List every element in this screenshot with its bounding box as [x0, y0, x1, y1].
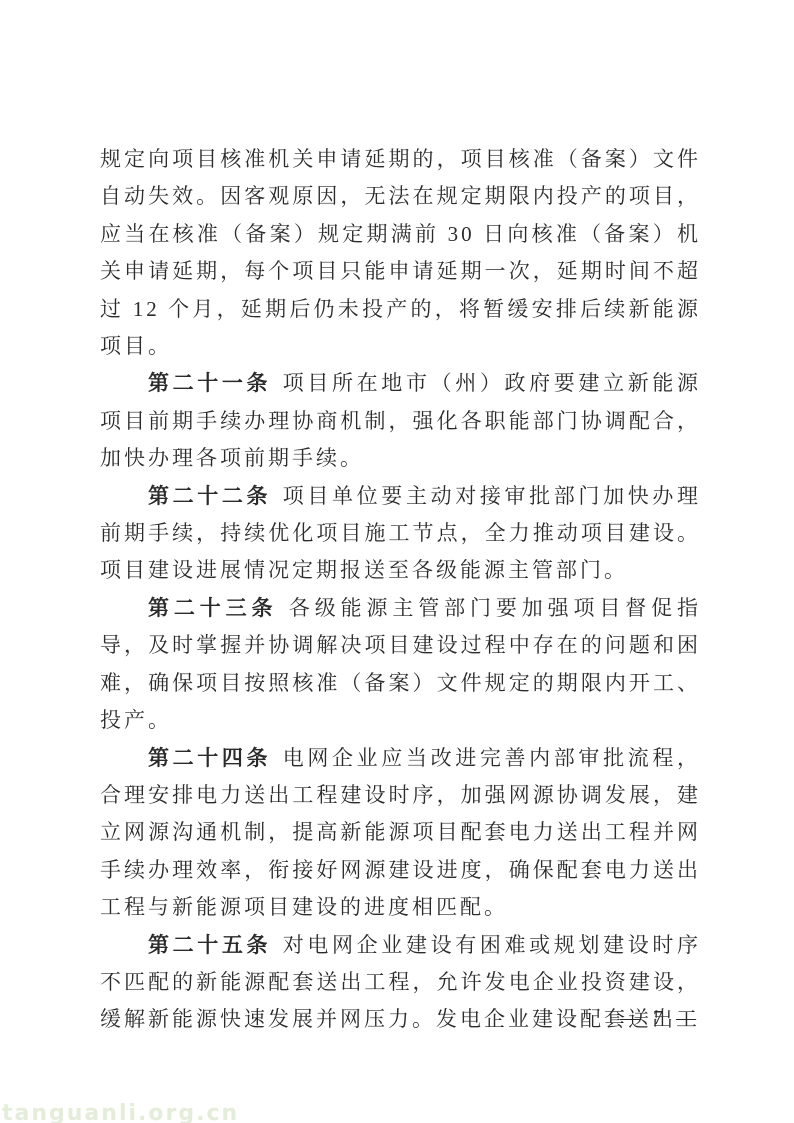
- article-label: 第二十三条: [148, 597, 277, 620]
- article-label: 第二十二条: [148, 485, 271, 508]
- body-text: 规定向项目核准机关申请延期的，项目核准（备案）文件自动失效。因客观原因，无法在规…: [100, 141, 701, 1039]
- paragraph-article-24: 第二十四条电网企业应当改进完善内部审批流程，合理安排电力送出工程建设时序，加强网…: [100, 740, 701, 927]
- paragraph-continuation: 规定向项目核准机关申请延期的，项目核准（备案）文件自动失效。因客观原因，无法在规…: [100, 141, 701, 365]
- paragraph-text: 规定向项目核准机关申请延期的，项目核准（备案）文件自动失效。因客观原因，无法在规…: [100, 147, 701, 358]
- article-label: 第二十四条: [148, 747, 271, 770]
- watermark-text: tanguanli.org.cn: [2, 1101, 239, 1123]
- paragraph-text: 电网企业应当改进完善内部审批流程，合理安排电力送出工程建设时序，加强网源协调发展…: [100, 746, 701, 920]
- paragraph-article-22: 第二十二条项目单位要主动对接审批部门加快办理前期手续，持续优化项目施工节点，全力…: [100, 478, 701, 590]
- page-number: — 7 —: [620, 1007, 700, 1030]
- paragraph-article-25: 第二十五条对电网企业建设有困难或规划建设时序不匹配的新能源配套送出工程，允许发电…: [100, 927, 701, 1039]
- paragraph-article-21: 第二十一条项目所在地市（州）政府要建立新能源项目前期手续办理协商机制，强化各职能…: [100, 365, 701, 477]
- paragraph-article-23: 第二十三条各级能源主管部门要加强项目督促指导，及时掌握并协调解决项目建设过程中存…: [100, 590, 701, 740]
- article-label: 第二十一条: [148, 372, 271, 395]
- document-page: 规定向项目核准机关申请延期的，项目核准（备案）文件自动失效。因客观原因，无法在规…: [0, 0, 794, 1123]
- article-label: 第二十五条: [148, 934, 271, 957]
